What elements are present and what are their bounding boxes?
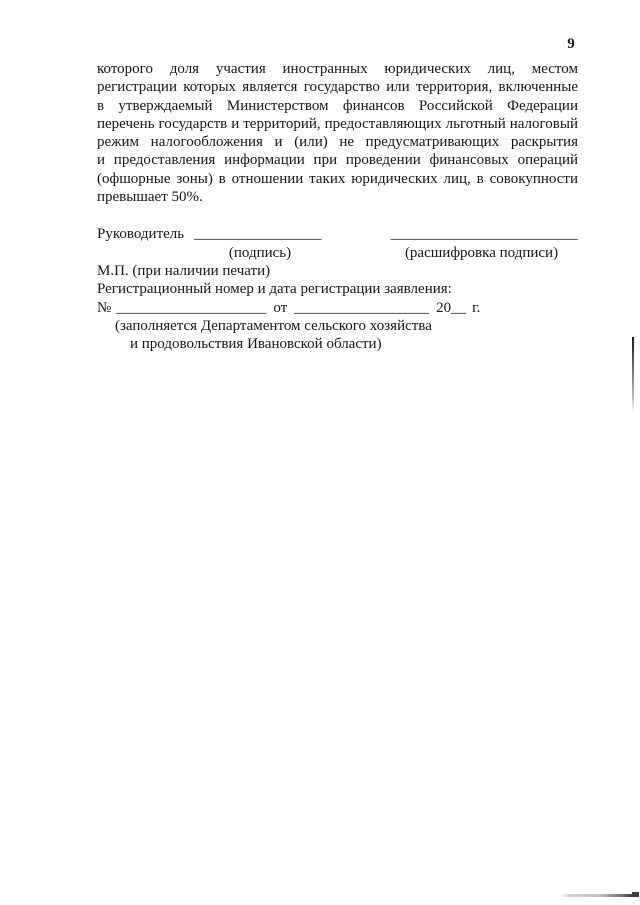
- scan-artifact-vertical-line: [632, 337, 634, 413]
- from-label: от: [273, 299, 287, 317]
- scan-artifact-horizontal-line: [560, 894, 634, 897]
- body-line: перечень государств и территорий, предос…: [97, 115, 578, 133]
- document-content: которого доля участия иностранных юридич…: [97, 60, 578, 353]
- year-prefix: 20: [436, 299, 451, 317]
- body-line: регистрации которых является государство…: [97, 78, 578, 96]
- signature-captions-row: (подпись) (расшифровка подписи): [97, 244, 578, 262]
- scan-artifact-tick: [632, 892, 639, 897]
- registration-number-blank: ____________________: [116, 299, 266, 317]
- page-number: 9: [560, 36, 582, 53]
- name-caption: (расшифровка подписи): [385, 244, 578, 262]
- department-note-line: и продовольствия Ивановской области): [97, 335, 578, 353]
- signature-blank-line: _________________: [194, 225, 322, 243]
- year-suffix: г.: [472, 299, 480, 317]
- body-line: в утверждаемый Министерством финансов Ро…: [97, 97, 578, 115]
- document-page: 9 которого доля участия иностранных юрид…: [0, 0, 640, 905]
- department-note-line: (заполняется Департаментом сельского хоз…: [97, 317, 578, 335]
- leader-label: Руководитель: [97, 225, 184, 243]
- number-sign: №: [97, 299, 111, 317]
- body-line: превышает 50%.: [97, 188, 578, 206]
- body-line: режим налогообложения и (или) не предусм…: [97, 133, 578, 151]
- stamp-note: М.П. (при наличии печати): [97, 262, 578, 280]
- body-paragraph: которого доля участия иностранных юридич…: [97, 60, 578, 206]
- body-line: и предоставления информации при проведен…: [97, 151, 578, 169]
- year-blank: __: [451, 299, 466, 317]
- registration-date-blank: __________________: [294, 299, 429, 317]
- signature-caption: (подпись): [195, 244, 325, 262]
- name-blank-line: _________________________: [391, 225, 579, 243]
- registration-number-row: № ____________________ от ______________…: [97, 299, 578, 317]
- body-line: (офшорные зоны) в отношении таких юридич…: [97, 170, 578, 188]
- signature-row: Руководитель _________________ _________…: [97, 225, 578, 243]
- registration-title: Регистрационный номер и дата регистрации…: [97, 280, 578, 298]
- body-line: которого доля участия иностранных юридич…: [97, 60, 578, 78]
